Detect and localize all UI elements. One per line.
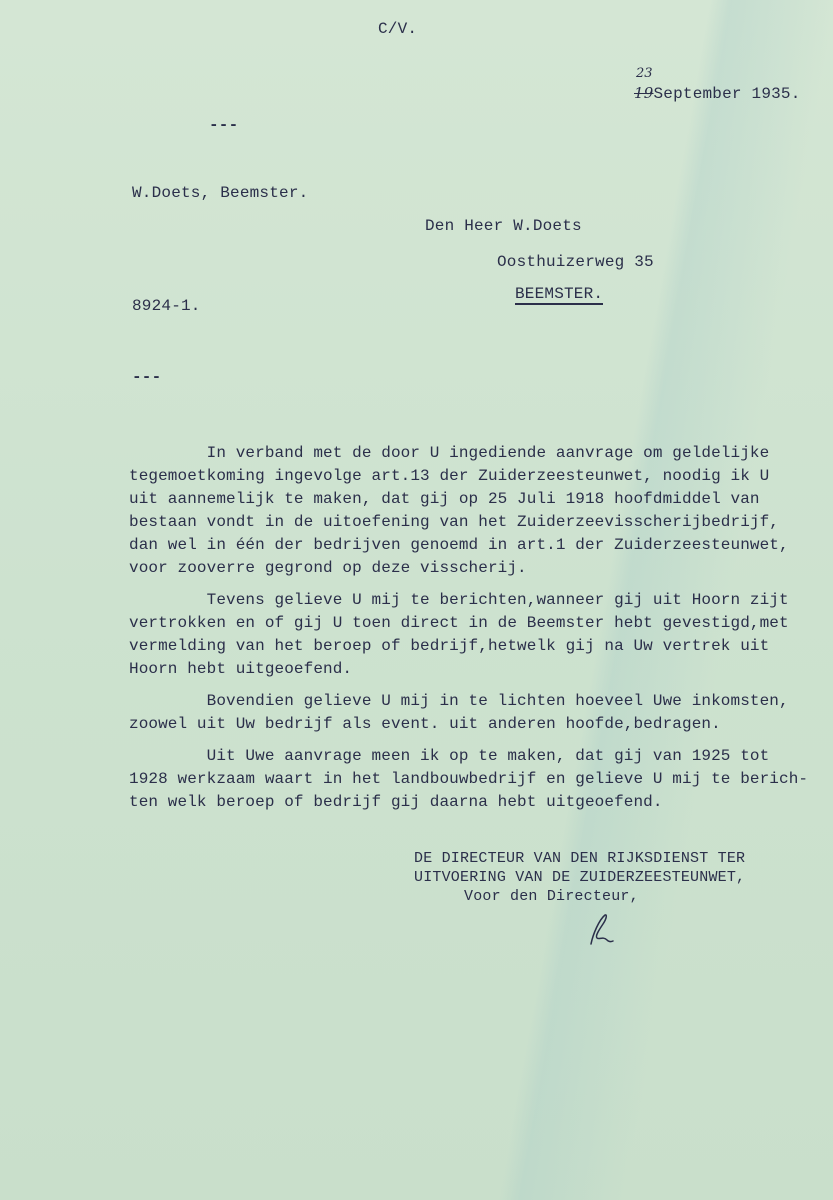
body-line: voor zooverre gegrond op deze visscherij… [129,559,527,577]
date-line: 19September 1935. [634,84,801,103]
body-line: Tevens gelieve U mij te berichten,wannee… [129,591,789,609]
body-line: ten welk beroep of bedrijf gij daarna he… [129,793,663,811]
body-line: In verband met de door U ingediende aanv… [129,444,769,462]
address-city: BEEMSTER. [515,285,603,303]
separator-dashes-top: --- [209,116,238,134]
subject-line: W.Doets, Beemster. [132,184,308,202]
body-line: Bovendien gelieve U mij in te lichten ho… [129,692,789,710]
reference-number: 8924-1. [132,297,201,315]
signature-title-line1: DE DIRECTEUR VAN DEN RIJKSDIENST TER [414,850,745,867]
body-line: tegemoetkoming ingevolge art.13 der Zuid… [129,467,769,485]
body-line: vermelding van het beroep of bedrijf,het… [129,637,769,655]
body-line: Hoorn hebt uitgeoefend. [129,660,352,678]
address-city-text: BEEMSTER. [515,285,603,305]
body-line: Uit Uwe aanvrage meen ik op te maken, da… [129,747,769,765]
date-text: September 1935. [654,85,801,103]
handwritten-signature-icon [585,912,615,946]
separator-dashes-bottom: --- [132,368,161,386]
body-line: vertrokken en of gij U toen direct in de… [129,614,789,632]
body-line: dan wel in één der bedrijven genoemd in … [129,536,789,554]
date-struck-day: 19 [634,84,654,102]
address-street: Oosthuizerweg 35 [497,253,654,271]
body-line: zoowel uit Uw bedrijf als event. uit and… [129,715,721,733]
cv-mark: C/V. [378,20,417,38]
body-line: bestaan vondt in de uitoefening van het … [129,513,779,531]
address-recipient: Den Heer W.Doets [425,217,582,235]
date-handwritten-correction: 23 [636,66,653,81]
body-line: 1928 werkzaam waart in het landbouwbedri… [129,770,808,788]
signature-title-line3: Voor den Directeur, [464,888,639,905]
signature-title-line2: UITVOERING VAN DE ZUIDERZEESTEUNWET, [414,869,745,886]
body-line: uit aannemelijk te maken, dat gij op 25 … [129,490,760,508]
